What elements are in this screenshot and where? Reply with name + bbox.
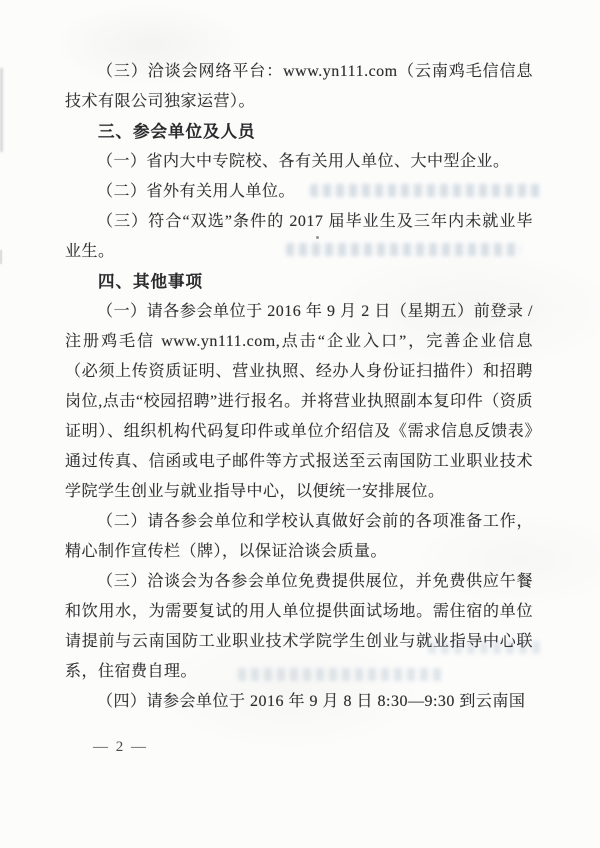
scanned-document-page: （三）洽谈会网络平台：www.yn111.com（云南鸡毛信信息技术有限公司独家… [0, 0, 600, 848]
paragraph: （二）请各参会单位和学校认真做好会前的各项准备工作，精心制作宣传栏（牌），以保证… [65, 507, 533, 567]
paragraph: （三）洽谈会为各参会单位免费提供展位，并免费供应午餐和饮用水，为需要复试的用人单… [65, 567, 533, 687]
scan-edge-mark [0, 68, 3, 152]
paragraph: （三）洽谈会网络平台：www.yn111.com（云南鸡毛信信息技术有限公司独家… [65, 57, 533, 117]
paragraph: （二）省外有关用人单位。 [65, 177, 533, 207]
page-number: — 2 — [93, 736, 148, 758]
paragraph: （三）符合“双选”条件的 2017 届毕业生及三年内未就业毕业生。 [65, 207, 533, 267]
section-heading: 四、其他事项 [65, 267, 533, 297]
paragraph: （一）省内大中专院校、各有关用人单位、大中型企业。 [65, 147, 533, 177]
document-body: （三）洽谈会网络平台：www.yn111.com（云南鸡毛信信息技术有限公司独家… [65, 57, 533, 717]
paragraph: （四）请参会单位于 2016 年 9 月 8 日 8:30—9:30 到云南国 [65, 687, 533, 717]
scan-edge-mark [0, 250, 2, 264]
paragraph: （一）请各参会单位于 2016 年 9 月 2 日（星期五）前登录 / 注册鸡毛… [65, 297, 533, 507]
section-heading: 三、参会单位及人员 [65, 117, 533, 147]
